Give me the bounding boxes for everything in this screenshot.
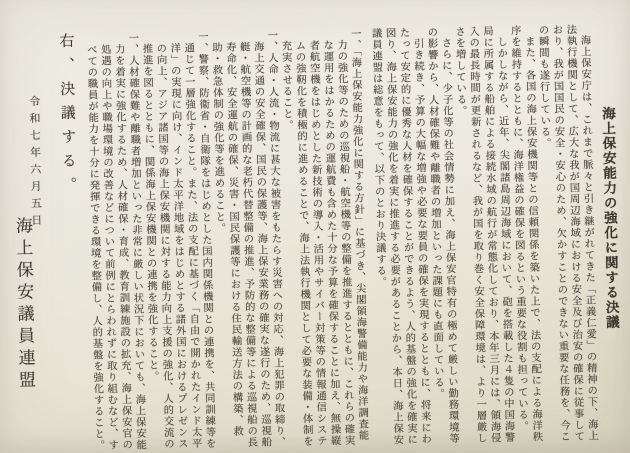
date-line: 令和七年六月五日: [26, 95, 44, 231]
document-body: 海上保安庁は、これまで脈々と引き継がれてきた「正義仁愛」の精神の下、海上法執行機…: [86, 24, 598, 453]
resolution-item-1: 一、「海上保安能力強化に関する方針」に基づき、尖閣領海警備能力や海洋調査能力の強…: [277, 28, 368, 450]
paragraph-preamble-3: しかしながら、近年、尖閣諸島周辺海域において、砲を搭載した４隻の中国海警局に所属…: [451, 25, 515, 446]
closing-statement: 右、決議する。: [56, 33, 78, 201]
signature-line: 海上保安議員連盟: [11, 216, 35, 392]
resolution-item-3: 一、警察、防衛省・自衛隊をはじめとした国内関係機関との連携を、共同訓練等を通じて…: [138, 31, 216, 452]
paragraph-preamble-5: 引き続き、予算の大幅な増強や必要な要員の確保を実現するとともに、将来にわたって安…: [368, 27, 432, 448]
document-paper: 海上保安能力の強化に関する決議 海上保安庁は、これまで脈々と引き継がれてきた「正…: [0, 0, 630, 453]
resolution-document: 海上保安能力の強化に関する決議 海上保安庁は、これまで脈々と引き継がれてきた「正…: [0, 0, 630, 453]
resolution-item-2: 一、人命・人流・物流に甚大な被害をもたらす災害への対応、海上犯罪の取締り、海上交…: [208, 30, 286, 451]
resolution-items: 一、「海上保安能力強化に関する方針」に基づき、尖閣領海警備能力や海洋調査能力の強…: [83, 28, 369, 453]
resolution-item-4: 一、人材確保難や離職者増加といった非常に厳しい状況下においても、海上保安能力を着…: [83, 32, 147, 453]
document-title: 海上保安能力の強化に関する決議: [598, 106, 619, 330]
paragraph-preamble-1: 海上保安庁は、これまで脈々と引き継がれてきた「正義仁愛」の精神の下、海上法執行機…: [535, 24, 599, 445]
